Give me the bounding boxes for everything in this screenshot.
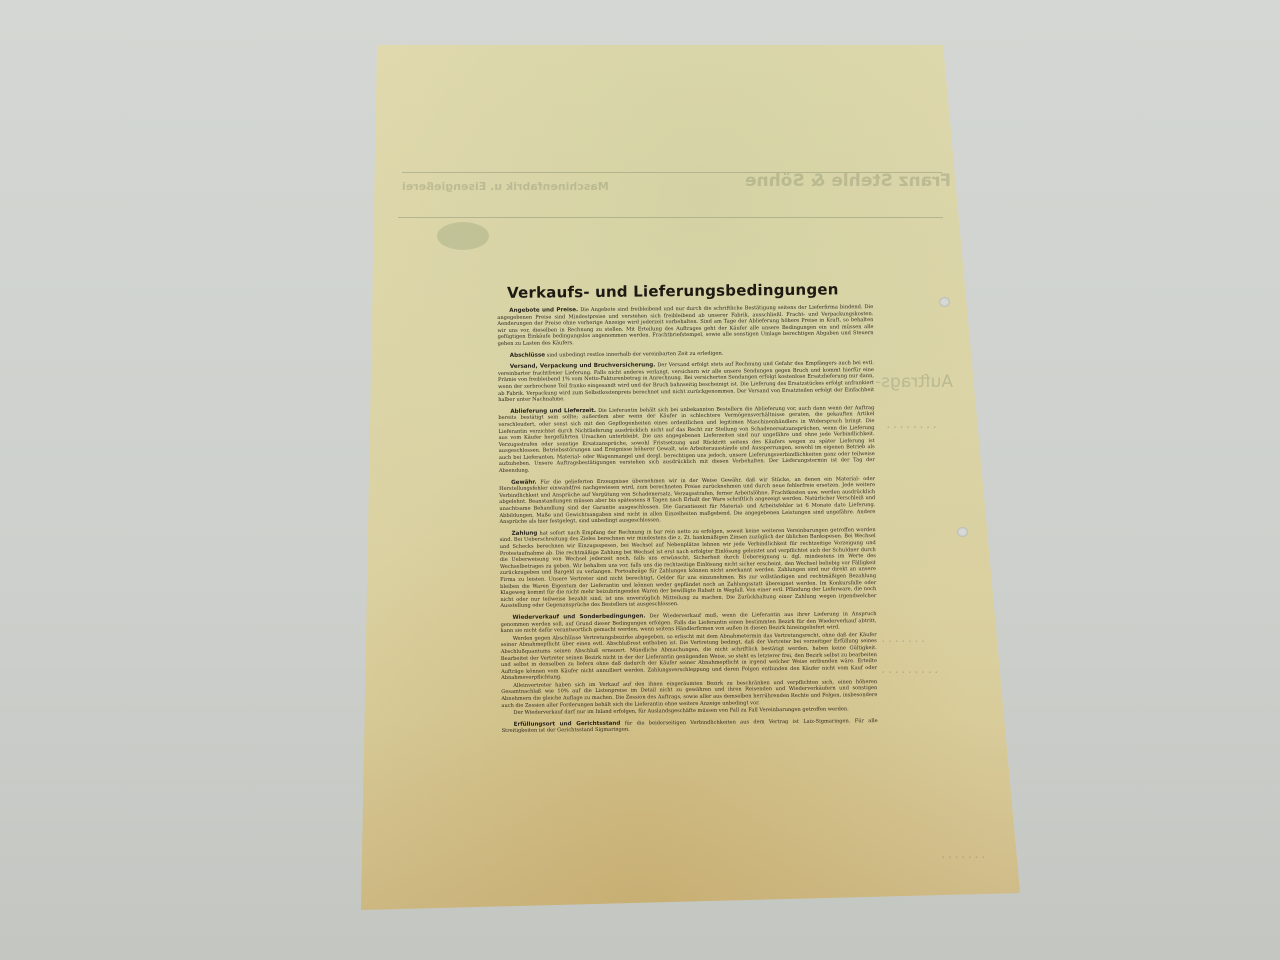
ghost-typed-line: .......	[940, 848, 986, 861]
section-gewaehr: Gewähr. Für die gelieferten Erzeugnisse …	[499, 476, 875, 526]
section-ablieferung: Ablieferung und Lieferzeit. Die Lieferan…	[498, 405, 875, 475]
section-alleinvertreter: Alleinvertreter haben sich im Verkauf au…	[501, 679, 877, 709]
punch-hole-top	[939, 297, 950, 307]
section-angebote: Angebote und Preise. Die Angebote sind f…	[497, 304, 873, 347]
section-zahlung: Zahlung hat sofort nach Empfang der Rech…	[500, 527, 877, 610]
ghost-order-heading: Auftrags-	[875, 372, 953, 392]
section-wiederverkauf: Wiederverkauf und Sonderbedingungen. Der…	[500, 611, 876, 635]
section-vertretung: Werden gegen Abschlüsse Vertretungsbezir…	[501, 632, 877, 682]
ghost-typed-line: ........	[885, 418, 938, 431]
document-title: Verkaufs- und Lieferungsbedingungen	[507, 280, 873, 302]
ghost-company-name: Franz Stehle & Söhne	[745, 171, 951, 191]
terms-document: Verkaufs- und Lieferungsbedingungen Ange…	[497, 280, 878, 740]
ghost-company-sub: Maschinenfabrik u. Eisengießerei	[402, 180, 609, 193]
ghost-typed-line: .........	[880, 663, 940, 676]
ghost-typed-line: .......	[880, 632, 926, 645]
ghost-logo	[437, 222, 489, 250]
ghost-rule-bottom	[398, 217, 943, 218]
section-gerichtsstand: Erfüllungsort und Gerichtsstand für die …	[502, 718, 878, 735]
section-abschluesse: Abschlüsse sind unbedingt restlos innerh…	[498, 349, 874, 360]
punch-hole-bottom	[957, 527, 968, 537]
section-versand: Versand, Verpackung und Bruchversicherun…	[498, 360, 874, 403]
